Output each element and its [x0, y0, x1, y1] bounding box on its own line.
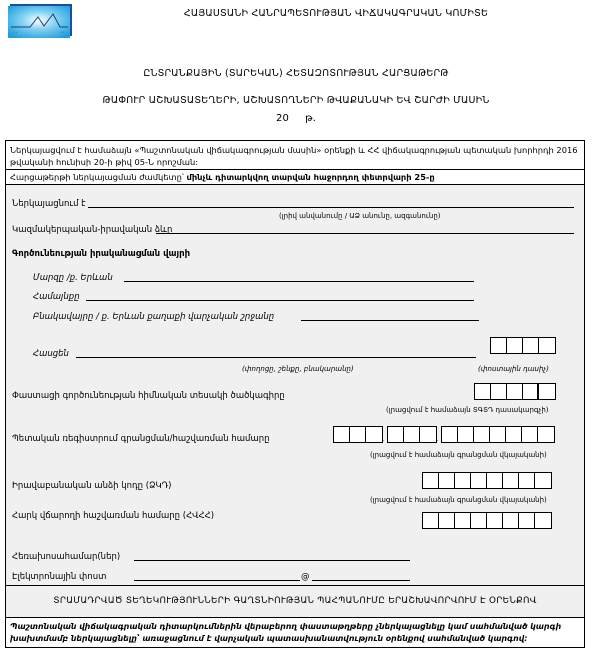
char-box[interactable] [503, 473, 519, 488]
char-box[interactable] [442, 427, 458, 442]
phone-field[interactable] [134, 560, 410, 561]
tin-boxes[interactable] [422, 512, 552, 529]
respondent-form: Ներկայացնում է (լրիվ անվանումը / ԱՁ անու… [5, 184, 585, 586]
form-subtitle: ԹԱՓՈՒՐ ԱՇԽԱՏԱՏԵՂԵՐԻ, ԱՇԽԱՏՈՂՆԵՐԻ ԹՎԱՔԱՆԱ… [0, 95, 592, 106]
year-suffix: թ. [305, 113, 316, 124]
organization-name: ՀԱՅԱՍՏԱՆԻ ՀԱՆՐԱՊԵՏՈՒԹՅԱՆ ՎԻՃԱԿԱԳՐԱԿԱՆ ԿՈ… [40, 8, 592, 19]
registration-number-group[interactable] [387, 426, 437, 443]
location-heading: Գործունեության իրականացման վայրի [12, 249, 190, 259]
legal-basis-block: Ներկայացվում է համաձայն «Պաշտոնական վիճա… [5, 140, 585, 185]
deadline-value: մինչև դիտարկվող տարվան հաջորդող փետրվարի… [187, 172, 435, 182]
char-box[interactable] [487, 473, 503, 488]
char-box[interactable] [458, 427, 474, 442]
tin-label: Հարկ վճարողի հաշվառման համարը (ՀՎՀՀ) [12, 511, 214, 521]
char-box[interactable] [506, 427, 522, 442]
liability-warning: Պաշտոնական վիճակագրական դիտարկումներին վ… [5, 617, 585, 648]
svg-text:• •: • • [60, 30, 65, 34]
form-title: ԸՆՏՐԱՆՔԱՅԻՆ (ՏԱՐԵԿԱՆ) ՀԵՏԱԶՈՏՈՒԹՅԱՆ ՀԱՐՑ… [0, 68, 592, 79]
char-box[interactable] [439, 513, 455, 528]
char-box[interactable] [490, 427, 506, 442]
activity-code-boxes[interactable] [474, 383, 556, 400]
char-box[interactable] [475, 384, 491, 399]
year-prefix: 20 [276, 113, 289, 124]
community-field[interactable] [86, 300, 474, 301]
deadline-label: Հարցաթերթի ներկայացման ժամկետը՝ [10, 172, 184, 182]
address-hint: (փողոցը, շենքը, բնակարանը) [242, 365, 354, 373]
confidentiality-text: ՏՐԱՄԱԴՐՎԱԾ ՏԵՂԵԿՈՒԹՅՈՒՆՆԵՐԻ ԳԱՂՏՆԻՈՒԹՅԱՆ… [6, 596, 584, 606]
char-box[interactable] [539, 338, 555, 353]
email-label: Էլեկտրոնային փոստ [12, 572, 106, 582]
char-box[interactable] [539, 384, 555, 399]
char-box[interactable] [538, 427, 554, 442]
char-box[interactable] [404, 427, 420, 442]
group-separator: . [382, 435, 384, 443]
region-field[interactable] [124, 281, 474, 282]
char-box[interactable] [388, 427, 404, 442]
settlement-field[interactable] [301, 320, 479, 321]
char-box[interactable] [522, 427, 538, 442]
region-label: Մարզը /ք. Երևան [33, 273, 113, 283]
char-box[interactable] [507, 338, 523, 353]
char-box[interactable] [423, 513, 439, 528]
char-box[interactable] [455, 473, 471, 488]
address-field[interactable] [76, 357, 476, 358]
registration-number-label: Պետական ռեգիստրում գրանցման/հաշվառման հա… [12, 434, 270, 444]
group-separator: . [436, 435, 438, 443]
char-box[interactable] [507, 384, 523, 399]
char-box[interactable] [535, 513, 551, 528]
registration-number-hint: (լրացվում է համաձայն գրանցման վկայականի) [370, 451, 547, 459]
svg-text:• •: • • [13, 30, 18, 34]
char-box[interactable] [503, 513, 519, 528]
char-box[interactable] [420, 427, 436, 442]
report-year: 20թ. [0, 113, 592, 124]
submitter-label: Ներկայացնում է [12, 199, 86, 209]
entity-code-hint: (լրացվում է համաձայն գրանցման վկայականի) [370, 496, 547, 504]
activity-code-label: Փաստացի գործունեության հիմնական տեսակի ծ… [12, 391, 285, 401]
char-box[interactable] [455, 513, 471, 528]
postal-code-hint: (փոստային դասիչ) [478, 365, 549, 373]
char-box[interactable] [471, 473, 487, 488]
address-label: Հասցեն [33, 349, 69, 359]
registration-number-group[interactable] [333, 426, 383, 443]
entity-code-boxes[interactable] [422, 472, 552, 489]
email-at-sign: @ [301, 572, 310, 582]
char-box[interactable] [523, 338, 539, 353]
postal-code-boxes[interactable] [490, 337, 556, 354]
char-box[interactable] [523, 384, 539, 399]
legal-form-label: Կազմակերպական-իրավական ձևը [12, 225, 172, 235]
registration-number-group[interactable] [441, 426, 555, 443]
submitter-field[interactable] [88, 207, 574, 208]
legal-form-field[interactable] [156, 233, 574, 234]
char-box[interactable] [334, 427, 350, 442]
submitter-hint: (լրիվ անվանումը / ԱՁ անունը, ազգանունը) [279, 212, 440, 220]
char-box[interactable] [350, 427, 366, 442]
entity-code-label: Իրավաբանական անձի կոդը (ՁԿԴ) [12, 481, 172, 491]
liability-text: Պաշտոնական վիճակագրական դիտարկումներին վ… [10, 621, 580, 645]
email-user-field[interactable] [134, 580, 300, 581]
char-box[interactable] [366, 427, 382, 442]
char-box[interactable] [491, 338, 507, 353]
char-box[interactable] [423, 473, 439, 488]
char-box[interactable] [471, 513, 487, 528]
email-domain-field[interactable] [312, 580, 410, 581]
settlement-label: Բնակավայրը / ք. Երևան քաղաքի վարչական շր… [33, 312, 274, 322]
char-box[interactable] [519, 513, 535, 528]
phone-label: Հեռախոսահամար(ներ) [12, 552, 120, 562]
char-box[interactable] [491, 384, 507, 399]
activity-code-hint: (լրացվում է համաձայն ՏԳՏԴ դասակարգչի) [386, 406, 549, 414]
legal-basis-text: Ներկայացվում է համաձայն «Պաշտոնական վիճա… [10, 144, 580, 168]
char-box[interactable] [519, 473, 535, 488]
char-box[interactable] [474, 427, 490, 442]
divider [6, 169, 584, 170]
confidentiality-notice: ՏՐԱՄԱԴՐՎԱԾ ՏԵՂԵԿՈՒԹՅՈՒՆՆԵՐԻ ԳԱՂՏՆԻՈՒԹՅԱՆ… [5, 585, 585, 618]
community-label: Համայնքը [33, 292, 80, 302]
char-box[interactable] [487, 513, 503, 528]
submission-deadline: Հարցաթերթի ներկայացման ժամկետը՝ մինչև դի… [10, 172, 435, 182]
char-box[interactable] [439, 473, 455, 488]
char-box[interactable] [535, 473, 551, 488]
